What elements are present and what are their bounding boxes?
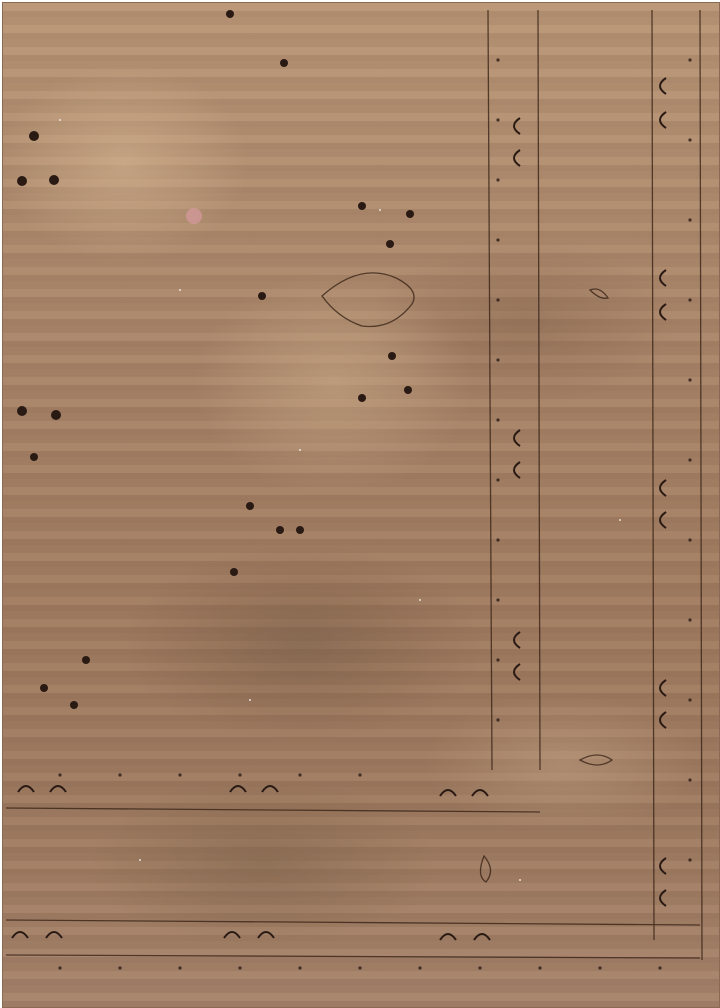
rug-motifs [0,0,720,1008]
